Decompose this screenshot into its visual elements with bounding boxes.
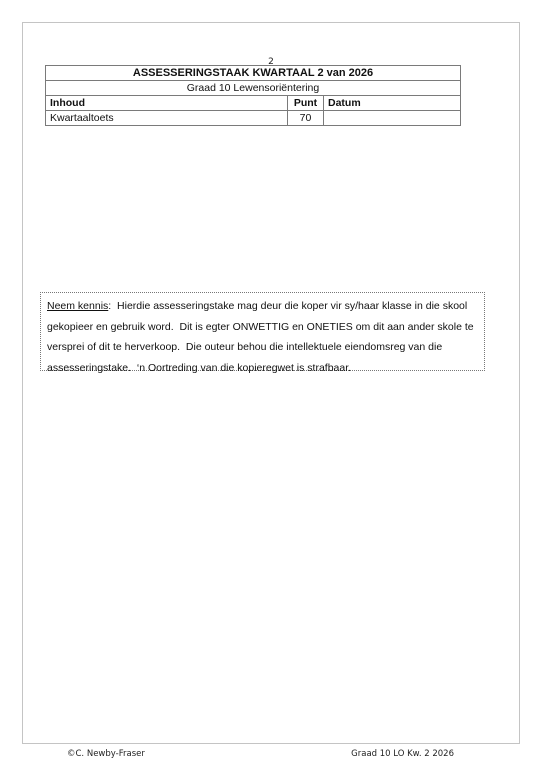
cell-datum bbox=[324, 111, 461, 126]
table-title-row: ASSESSERINGSTAAK KWARTAAL 2 van 2026 bbox=[46, 66, 461, 81]
cell-inhoud: Kwartaaltoets bbox=[46, 111, 288, 126]
table-subtitle-row: Graad 10 Lewensoriëntering bbox=[46, 81, 461, 96]
document-page: 2 ©C. Newby-Fraser Graad 10 LO Kw. 2 202… bbox=[22, 22, 520, 744]
table-subtitle: Graad 10 Lewensoriëntering bbox=[46, 81, 461, 96]
header-datum: Datum bbox=[324, 96, 461, 111]
notice-text: Hierdie assesseringstake mag deur die ko… bbox=[47, 300, 477, 374]
header-punt: Punt bbox=[288, 96, 324, 111]
cell-punt: 70 bbox=[288, 111, 324, 126]
assessment-task-table: ASSESSERINGSTAAK KWARTAAL 2 van 2026 Gra… bbox=[45, 65, 461, 126]
table-row: Kwartaaltoets 70 bbox=[46, 111, 461, 126]
footer-course-info: Graad 10 LO Kw. 2 2026 bbox=[351, 749, 454, 759]
copyright-notice: Neem kennis: Hierdie assesseringstake ma… bbox=[40, 292, 485, 371]
footer-copyright: ©C. Newby-Fraser bbox=[67, 749, 145, 759]
table-title: ASSESSERINGSTAAK KWARTAAL 2 van 2026 bbox=[46, 66, 461, 81]
notice-label: Neem kennis bbox=[47, 300, 108, 312]
header-inhoud: Inhoud bbox=[46, 96, 288, 111]
table-header-row: Inhoud Punt Datum bbox=[46, 96, 461, 111]
